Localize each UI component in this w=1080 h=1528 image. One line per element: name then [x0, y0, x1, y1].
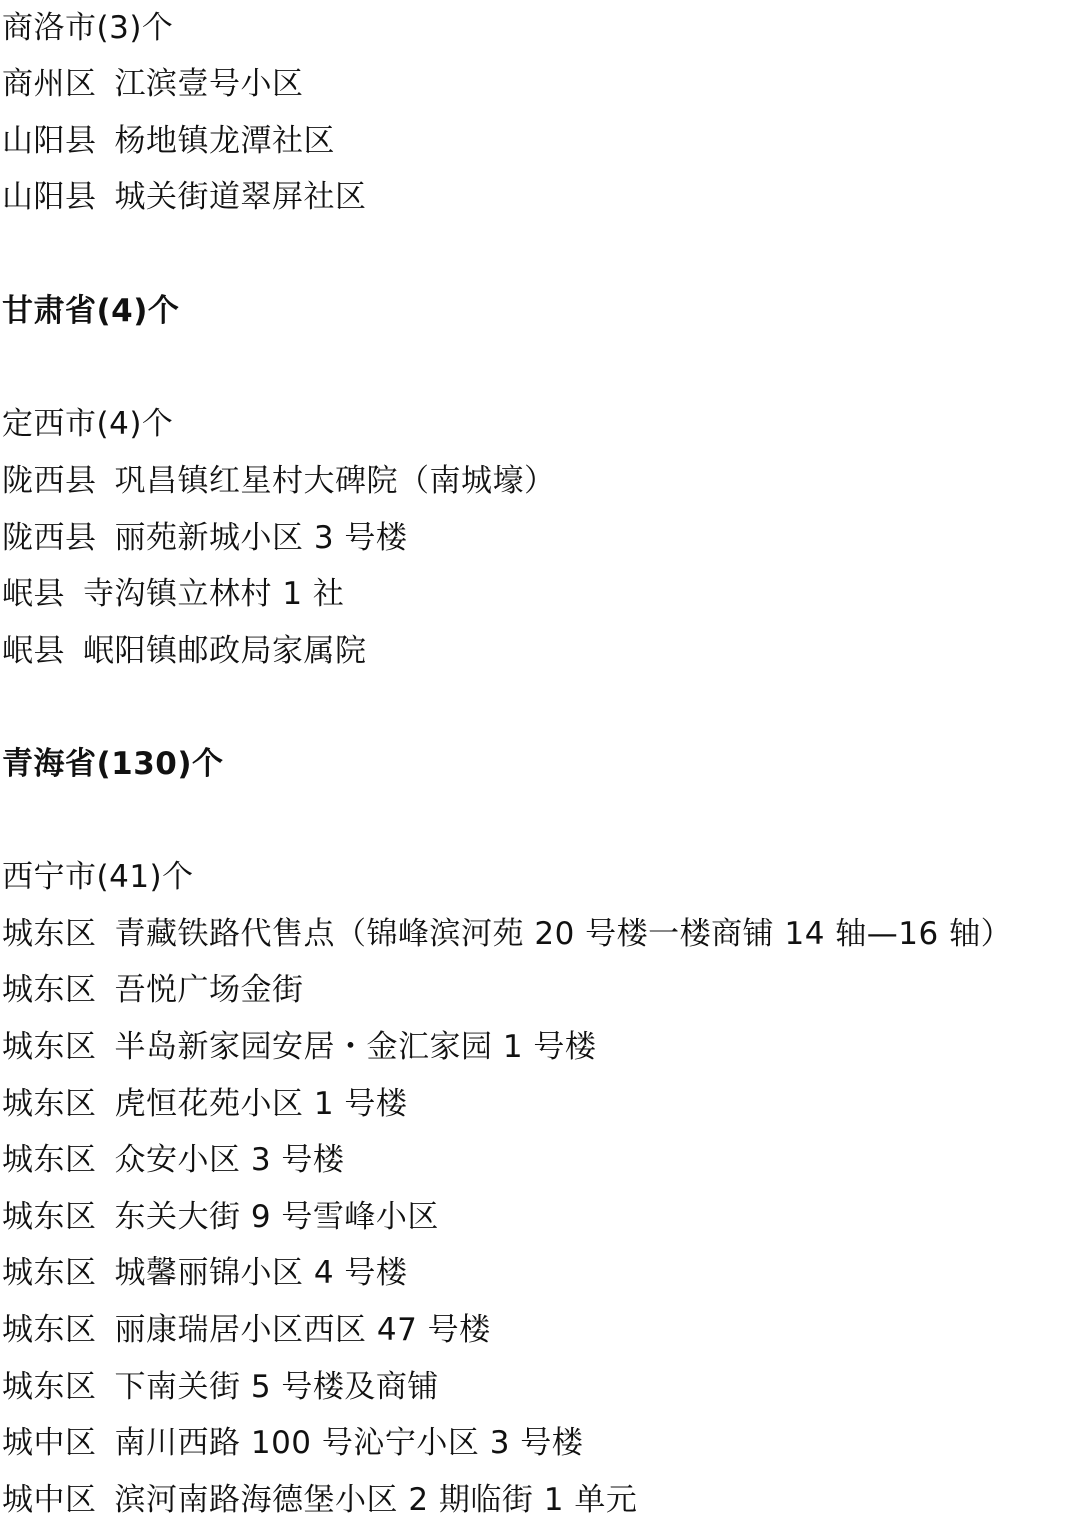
district: 陇西县: [2, 520, 97, 556]
district: 城东区: [2, 1029, 97, 1065]
list-item: 城东区东关大街 9 号雪峰小区: [2, 1197, 439, 1237]
list-item: 城东区吾悦广场金街: [2, 970, 304, 1010]
list-item: 城东区半岛新家园安居・金汇家园 1 号楼: [2, 1027, 596, 1067]
district: 山阳县: [2, 123, 97, 159]
province-heading: 青海省(130)个: [2, 744, 224, 784]
district: 岷县: [2, 633, 65, 669]
list-item: 城东区青藏铁路代售点（锦峰滨河苑 20 号楼一楼商铺 14 轴—16 轴）: [2, 914, 1012, 954]
province-heading: 甘肃省(4)个: [2, 291, 179, 331]
district: 商州区: [2, 66, 97, 102]
district: 城东区: [2, 1369, 97, 1405]
district: 城东区: [2, 1199, 97, 1235]
place: 杨地镇龙潭社区: [115, 123, 336, 159]
list-item: 岷县岷阳镇邮政局家属院: [2, 631, 367, 671]
place: 下南关街 5 号楼及商铺: [115, 1369, 439, 1405]
list-item: 城中区滨河南路海德堡小区 2 期临街 1 单元: [2, 1480, 637, 1520]
place: 滨河南路海德堡小区 2 期临街 1 单元: [115, 1482, 638, 1518]
city-heading: 商洛市(3)个: [2, 8, 173, 48]
list-item: 城东区虎恒花苑小区 1 号楼: [2, 1084, 407, 1124]
list-item: 城东区下南关街 5 号楼及商铺: [2, 1367, 439, 1407]
district: 城东区: [2, 1312, 97, 1348]
place: 岷阳镇邮政局家属院: [83, 633, 367, 669]
place: 巩昌镇红星村大碑院（南城壕）: [115, 463, 556, 499]
district: 城东区: [2, 972, 97, 1008]
place: 南川西路 100 号沁宁小区 3 号楼: [115, 1425, 584, 1461]
list-item: 商州区江滨壹号小区: [2, 64, 304, 104]
city-heading: 西宁市(41)个: [2, 857, 194, 897]
district: 城东区: [2, 916, 97, 952]
place: 城馨丽锦小区 4 号楼: [115, 1255, 408, 1291]
place: 东关大街 9 号雪峰小区: [115, 1199, 439, 1235]
place: 城关街道翠屏社区: [115, 179, 367, 215]
list-item: 山阳县城关街道翠屏社区: [2, 177, 367, 217]
district: 城东区: [2, 1142, 97, 1178]
list-item: 城中区南川西路 100 号沁宁小区 3 号楼: [2, 1423, 583, 1463]
district: 城中区: [2, 1425, 97, 1461]
place: 寺沟镇立林村 1 社: [83, 576, 344, 612]
list-item: 城东区城馨丽锦小区 4 号楼: [2, 1253, 407, 1293]
district: 山阳县: [2, 179, 97, 215]
document: 商洛市(3)个 商州区江滨壹号小区 山阳县杨地镇龙潭社区 山阳县城关街道翠屏社区…: [0, 0, 1080, 1528]
place: 江滨壹号小区: [115, 66, 304, 102]
district: 岷县: [2, 576, 65, 612]
place: 众安小区 3 号楼: [115, 1142, 345, 1178]
district: 城东区: [2, 1255, 97, 1291]
city-heading: 定西市(4)个: [2, 404, 173, 444]
district: 陇西县: [2, 463, 97, 499]
place: 丽苑新城小区 3 号楼: [115, 520, 408, 556]
district: 城东区: [2, 1086, 97, 1122]
list-item: 岷县寺沟镇立林村 1 社: [2, 574, 344, 614]
place: 丽康瑞居小区西区 47 号楼: [115, 1312, 491, 1348]
list-item: 城东区众安小区 3 号楼: [2, 1140, 344, 1180]
place: 青藏铁路代售点（锦峰滨河苑 20 号楼一楼商铺 14 轴—16 轴）: [115, 916, 1013, 952]
place: 半岛新家园安居・金汇家园 1 号楼: [115, 1029, 597, 1065]
district: 城中区: [2, 1482, 97, 1518]
place: 吾悦广场金街: [115, 972, 304, 1008]
list-item: 陇西县巩昌镇红星村大碑院（南城壕）: [2, 461, 556, 501]
list-item: 山阳县杨地镇龙潭社区: [2, 121, 335, 161]
list-item: 陇西县丽苑新城小区 3 号楼: [2, 518, 407, 558]
place: 虎恒花苑小区 1 号楼: [115, 1086, 408, 1122]
list-item: 城东区丽康瑞居小区西区 47 号楼: [2, 1310, 491, 1350]
